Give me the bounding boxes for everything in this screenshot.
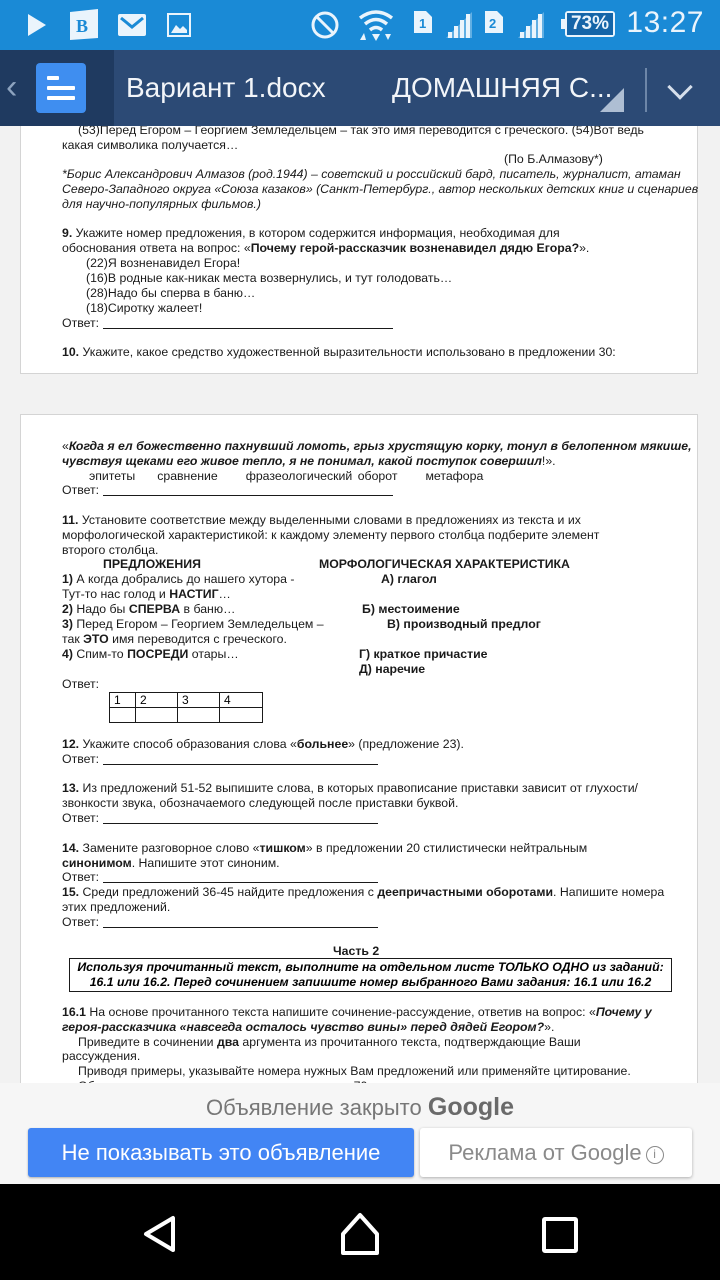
document-title: Вариант 1.docx [126,72,326,104]
gallery-icon [167,0,191,50]
q9-option: (18)Сиротку жалеет! [62,301,202,316]
text-line: этих предложений. [62,900,170,915]
column-header: МОРФОЛОГИЧЕСКАЯ ХАРАКТЕРИСТИКА [319,557,570,572]
do-not-disturb-icon [310,0,340,50]
chevron-down-icon[interactable] [667,74,692,99]
footnote-line: *Борис Александрович Алмазов (род.1944) … [62,167,681,182]
part-2-heading: Часть 2 [333,944,379,959]
attribution: (По Б.Алмазову*) [504,152,603,167]
signal-icon [516,0,546,50]
table-header: 4 [220,693,263,708]
table-header: 3 [178,693,220,708]
q11-item: 3) Перед Егором – Георгием Земледельцем … [62,617,324,632]
quote-line: «Когда я ел божественно пахнувший ломоть… [62,439,692,454]
characteristic: Г) краткое причастие [359,647,488,662]
answer-field: Ответ: [62,483,393,498]
question-14: 14. Замените разговорное слово «тишком» … [62,841,587,856]
chevron-left-icon: ‹ [6,68,17,107]
document-section-dropdown[interactable]: ДОМАШНЯЯ С... [392,72,612,104]
table-header: 2 [136,693,178,708]
play-icon [26,0,48,50]
recents-icon[interactable] [540,1216,580,1256]
text-line: Приведите в сочинении два аргумента из п… [62,1035,581,1050]
q11-item: 1) А когда добрались до нашего хутора - [62,572,295,587]
text-line: звонкости звука, обозначаемого следующей… [62,796,458,811]
table-cell [178,708,220,723]
vk-icon: B [68,0,100,50]
dropdown-corner-indicator [600,88,624,112]
q11-item-cont: Тут-то нас голод и НАСТИГ… [62,587,231,602]
sim1-icon: 1 [413,0,433,50]
answer-field: Ответ: [62,752,378,767]
svg-text:2: 2 [489,16,496,31]
navigation-bar [0,1184,720,1280]
part-2-instructions: Используя прочитанный текст, выполните н… [69,958,672,992]
battery-icon: 73% [565,11,615,37]
footnote-line: Северо-Западного округа «Союза казаков» … [62,182,698,197]
status-bar: B 1 2 73% 13:27 [0,0,720,50]
back-icon[interactable] [140,1214,180,1254]
question-10: 10. Укажите, какое средство художественн… [62,345,616,360]
answer-field: Ответ: [62,811,378,826]
sim2-icon: 2 [484,0,504,50]
divider [645,68,647,112]
question-12: 12. Укажите способ образования слова «бо… [62,737,464,752]
info-icon: i [646,1146,664,1164]
footnote-line: для научно-популярных фильмов.) [62,197,261,212]
home-icon[interactable] [338,1212,382,1256]
question-15: 15. Среди предложений 36-45 найдите пред… [62,885,664,900]
table-cell [110,708,136,723]
svg-text:B: B [76,16,88,36]
document-viewer[interactable]: (53)Перед Егором – Георгием Земледельцем… [0,126,720,1083]
q10-options: эпитетысравнениефразеологический оборотм… [89,469,483,484]
ads-by-google-button[interactable]: Реклама от Googlei [420,1128,692,1177]
q11-item: 4) Спим-то ПОСРЕДИ отары… [62,647,239,662]
ad-closed-banner: Объявление закрыто Google Не показывать … [0,1083,720,1184]
text-line: рассуждения. [62,1049,140,1064]
table-cell [136,708,178,723]
answer-table: 1 2 3 4 [109,692,263,723]
question-9-line2: обоснования ответа на вопрос: «Почему ге… [62,241,589,256]
q11-item: 2) Надо бы СПЕРВА в баню… [62,602,235,617]
back-to-files-button[interactable]: ‹ [0,50,114,126]
table-cell [220,708,263,723]
table-header: 1 [110,693,136,708]
answer-field: Ответ: [62,316,393,331]
characteristic: Д) наречие [359,662,425,677]
text-line: второго столбца. [62,543,158,558]
signal-icon [444,0,474,50]
document-icon [36,63,86,113]
clock: 13:27 [626,6,704,40]
q9-option: (28)Надо бы сперва в баню… [62,286,255,301]
q9-option: (22)Я возненавидел Егора! [62,256,240,271]
q9-option: (16)В родные как-никак места возвернулис… [62,271,452,286]
svg-text:1: 1 [419,16,426,31]
text-line: (53)Перед Егором – Георгием Земледельцем… [62,126,644,138]
characteristic: В) производный предлог [387,617,541,632]
characteristic: А) глагол [381,572,437,587]
app-bar: ‹ Вариант 1.docx ДОМАШНЯЯ С... [0,50,720,126]
hide-ad-button[interactable]: Не показывать это объявление [28,1128,414,1177]
text-line: героя-рассказчика «навсегда осталось чув… [62,1020,554,1035]
mail-icon [117,0,147,50]
text-line: морфологической характеристикой: к каждо… [62,528,599,543]
answer-label: Ответ: [62,677,99,692]
question-13: 13. Из предложений 51-52 выпишите слова,… [62,781,638,796]
battery-level: 73% [567,13,613,35]
q11-item-cont: так ЭТО имя переводится с греческого. [62,632,287,647]
text-line: Приводя примеры, указывайте номера нужны… [62,1064,631,1079]
question-16-1: 16.1 На основе прочитанного текста напиш… [62,1005,652,1020]
text-line: синонимом. Напишите этот синоним. [62,856,280,871]
question-11: 11. Установите соответствие между выделе… [62,513,581,528]
ad-closed-label: Объявление закрыто Google [0,1093,720,1122]
document-page: (53)Перед Егором – Георгием Земледельцем… [20,126,698,374]
wifi-icon [358,0,394,50]
answer-field: Ответ: [62,870,378,885]
question-9: 9. Укажите номер предложения, в котором … [62,226,560,241]
google-logo: Google [428,1093,514,1121]
document-page: «Когда я ел божественно пахнувший ломоть… [20,414,698,1083]
text-line: какая символика получается… [62,138,238,153]
characteristic: Б) местоимение [362,602,460,617]
answer-field: Ответ: [62,915,378,930]
quote-line: чувствуя щеками его живое тепло, я не по… [62,454,556,469]
column-header: ПРЕДЛОЖЕНИЯ [103,557,201,572]
